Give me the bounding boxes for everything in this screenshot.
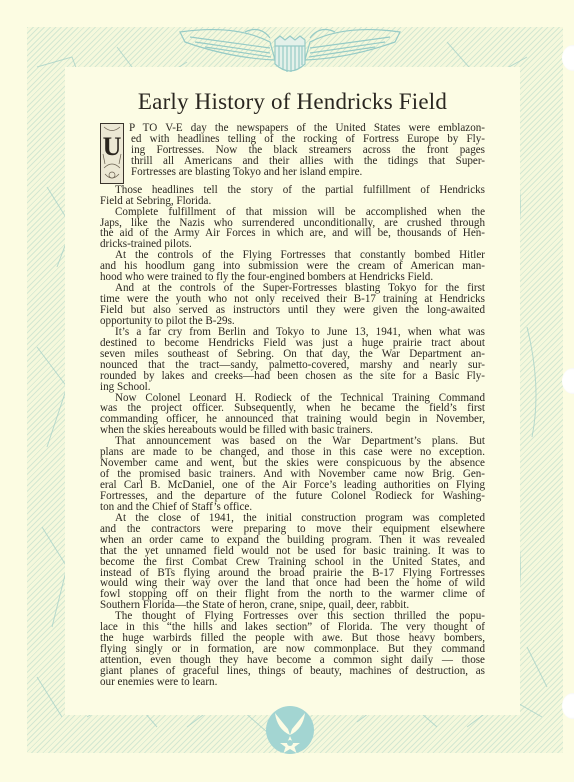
text-line: nounced that the tract—sandy, palmetto-c… <box>100 360 485 371</box>
text-line: when an order came to expand the buildin… <box>100 535 485 546</box>
paragraph: And at the controls of the Super-Fortres… <box>100 283 485 327</box>
paragraph: At the close of 1941, the initial constr… <box>100 513 485 611</box>
text-line: Fortresses are blasting Tokyo and her is… <box>131 167 485 178</box>
paragraph: Complete fulfillment of that mission wil… <box>100 207 485 251</box>
text-line: Field at Sebring, Florida. <box>100 196 485 207</box>
paragraph: Those headlines tell the story of the pa… <box>100 185 485 207</box>
paragraph: Now Colonel Leonard H. Rodieck of the Te… <box>100 393 485 437</box>
army-air-forces-star-wings-icon <box>265 705 315 755</box>
paragraph: That announcement was based on the War D… <box>100 436 485 513</box>
text-line: ing School. <box>100 382 485 393</box>
text-line: become the first Combat Crew Training sc… <box>100 557 485 568</box>
paragraph: It’s a far cry from Berlin and Tokyo to … <box>100 327 485 393</box>
wings-icon <box>175 20 405 82</box>
paragraph: The thought of Flying Fortresses over th… <box>100 611 485 688</box>
text-line: Those headlines tell the story of the pa… <box>100 185 485 196</box>
text-line: that the yet unnamed field would not be … <box>100 546 485 557</box>
paragraph: At the controls of the Flying Fortresses… <box>100 250 485 283</box>
text-line: rounded by lakes and creeks—had been cho… <box>100 371 485 382</box>
text-line: Complete fulfillment of that mission wil… <box>100 207 485 218</box>
article-body: P TO V-E day the newspapers of the Unite… <box>100 123 485 688</box>
paragraphs: Those headlines tell the story of the pa… <box>100 185 485 688</box>
page-title: Early History of Hendricks Field <box>65 89 520 115</box>
text-line: our enemies were to learn. <box>100 677 485 688</box>
